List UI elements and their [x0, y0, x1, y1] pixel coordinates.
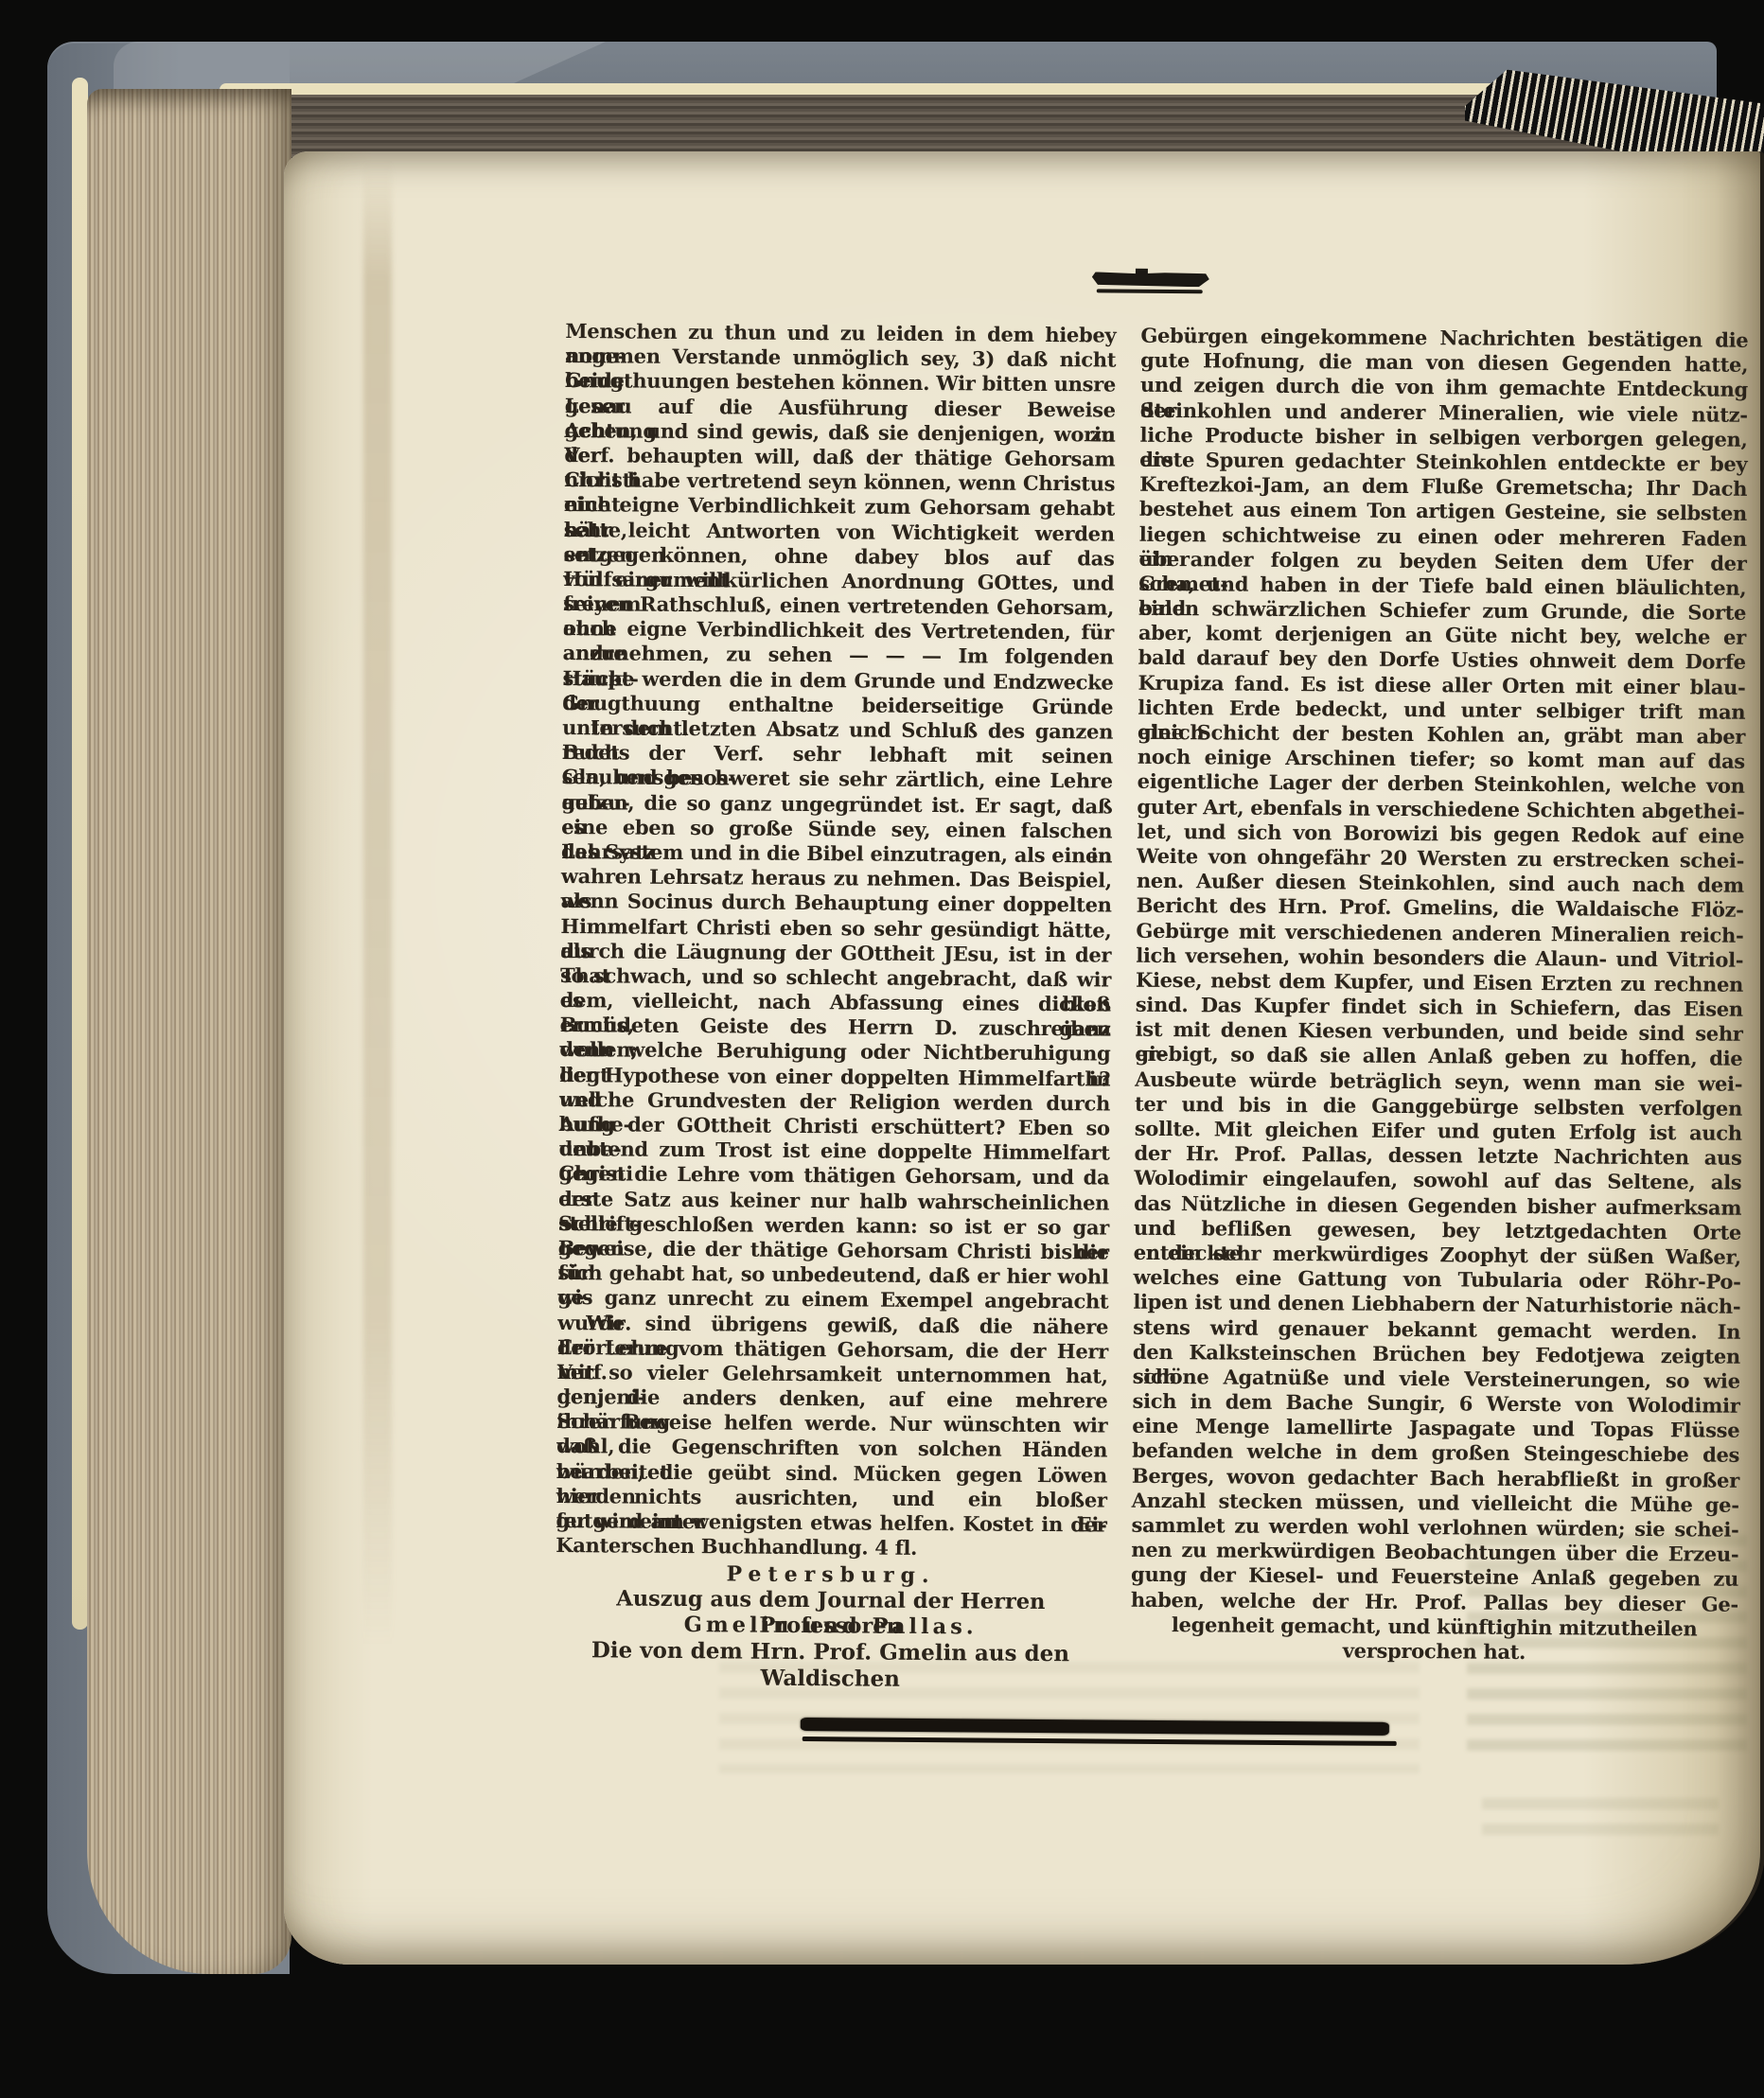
text-line: gegen die Lehre vom thätigen Gehorsam, u…: [558, 1161, 1109, 1190]
ornament-rule: [1097, 289, 1203, 293]
right-column: Gebürgen eingekommene Nachrichten bestät…: [1130, 324, 1748, 1666]
text-line: wenn Socinus durch Behauptung einer dopp…: [561, 889, 1112, 918]
left-column-lines: Menschen zu thun und zu leiden in dem hi…: [556, 319, 1116, 1562]
text-line: Wir sind übrigens gewiß, daß die nähere …: [557, 1310, 1108, 1339]
left-column: Menschen zu thun und zu leiden in dem hi…: [555, 319, 1116, 1668]
right-column-lines: Gebürgen eingekommene Nachrichten bestät…: [1130, 324, 1748, 1666]
text-line: Himmelfart Christi eben so sehr gesündig…: [560, 913, 1111, 943]
text-line: sehr leicht Antworten von Wichtigkeit we…: [564, 517, 1115, 546]
ornament-bar: [1092, 272, 1209, 287]
page-block-top-edge: [220, 95, 1669, 157]
text-line: anzunehmen, zu sehen — — — Im folgenden …: [563, 641, 1114, 670]
water-stain: [363, 161, 392, 1647]
text-line: Gnugthuungen bestehen können. Wir bitten…: [565, 368, 1116, 397]
text-line: denn welche Beruhigung oder Nichtberuhig…: [559, 1037, 1110, 1067]
end-rule-thick-bar: [801, 1718, 1389, 1736]
journal-subheading: Auszug aus dem Journal der Herren Profes…: [556, 1586, 1106, 1616]
text-line: Kanterschen Buchhandlung. 4 fl.: [556, 1533, 1106, 1562]
end-rule-thin-line: [803, 1737, 1397, 1746]
scanned-book-photo: { "colors": { "background": "#0b0b0a", "…: [0, 0, 1764, 2098]
section-divider-ornament-icon: [1092, 272, 1209, 297]
endpaper-edge-left: [72, 78, 88, 1630]
text-line: versprochen hat.: [1130, 1637, 1738, 1666]
text-line: wis ganz unrecht zu einem Exempel angebr…: [557, 1285, 1108, 1314]
page-block-fore-edge: [87, 89, 291, 1974]
text-line: legenheit gemacht, und künftighin mitzut…: [1131, 1612, 1738, 1641]
end-rule: [801, 1718, 1389, 1746]
text-block: Menschen zu thun und zu leiden in dem hi…: [554, 260, 1751, 1831]
text-line: sen, und beschweret sie sehr zärtlich, e…: [562, 765, 1113, 794]
text-line: eine eigne Verbindlichkeit zum Gehorsam …: [564, 492, 1115, 521]
text-line: daß die Gegenschriften von solchen Hände…: [556, 1434, 1107, 1463]
article-title-heading: Die von dem Hrn. Prof. Gmelin aus den Wa…: [555, 1637, 1105, 1668]
